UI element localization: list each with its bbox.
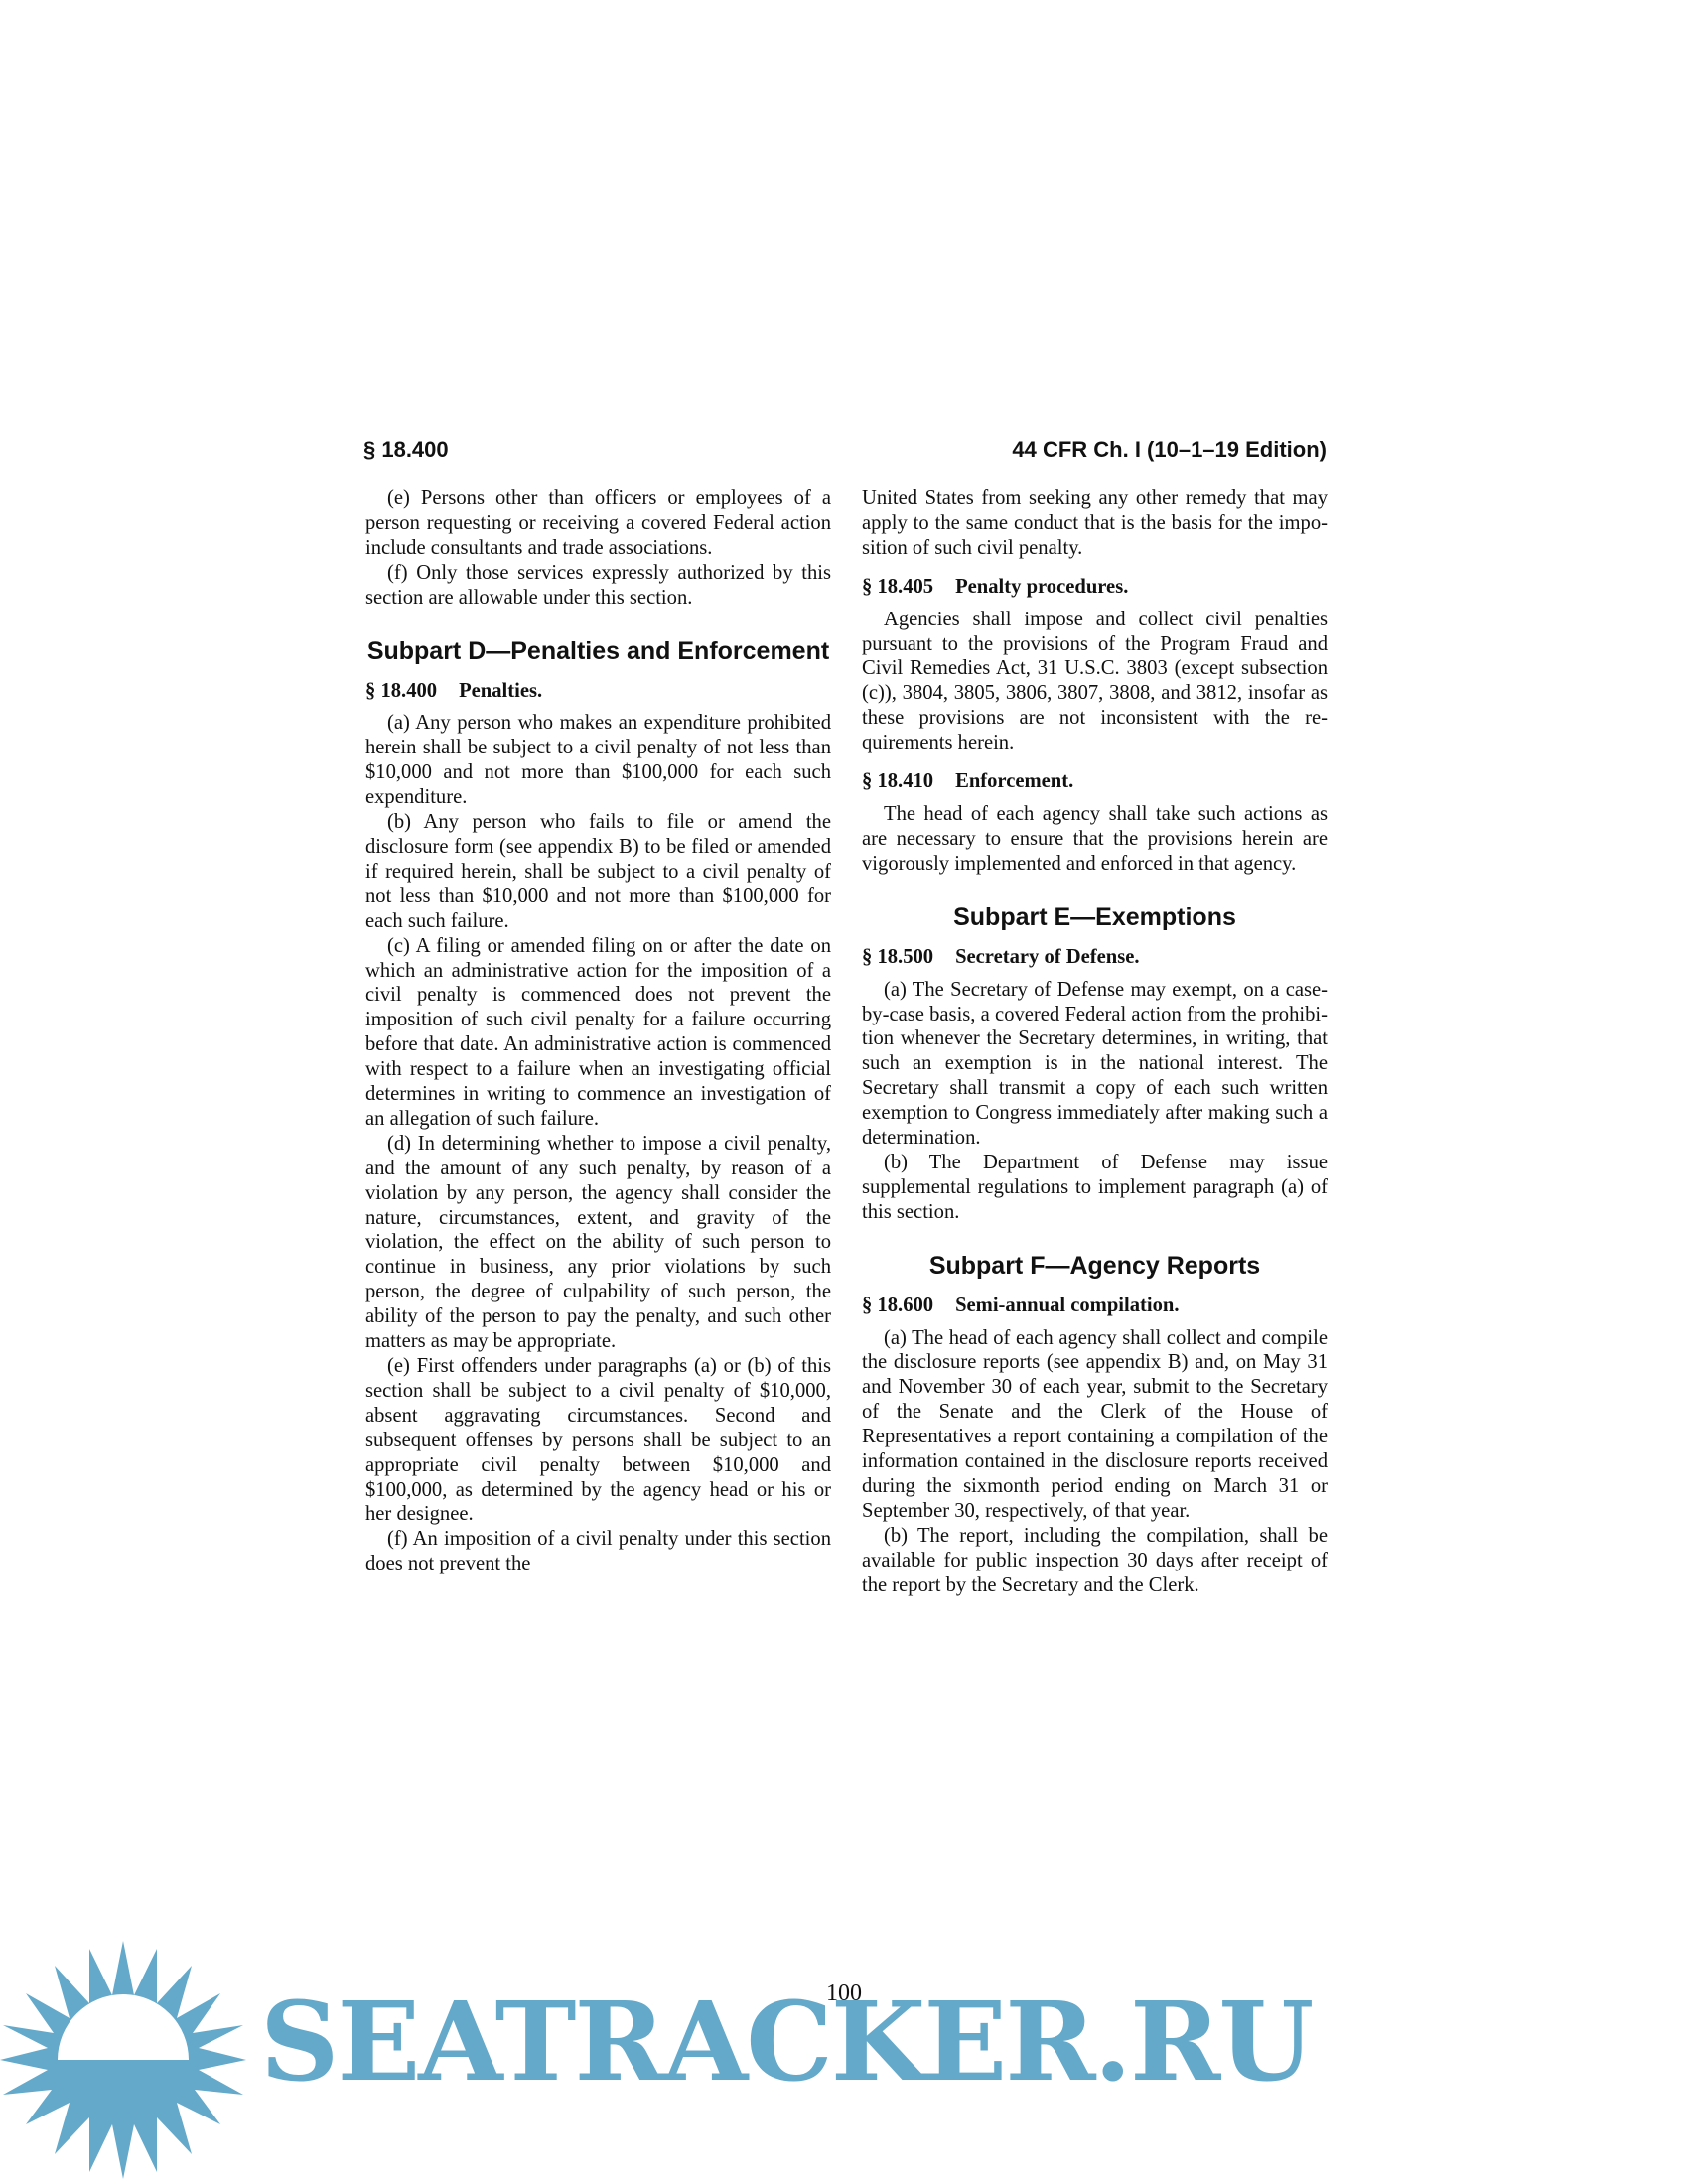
section-number: § 18.600 — [862, 1295, 933, 1316]
paragraph-18-400-a: (a) Any person who makes an expend­iture… — [365, 711, 831, 810]
section-title: Semi-annual compilation. — [955, 1295, 1179, 1316]
page-header: § 18.400 44 CFR Ch. I (10–1–19 Edition) — [363, 435, 1327, 465]
section-number: § 18.405 — [862, 576, 933, 598]
header-publication: 44 CFR Ch. I (10–1–19 Edition) — [1012, 437, 1327, 463]
paragraph-continuation: United States from seeking any other rem… — [862, 486, 1328, 561]
subpart-e-heading: Subpart E—Exemptions — [862, 904, 1328, 931]
paragraph-18-400-b: (b) Any person who fails to file or amen… — [365, 810, 831, 934]
section-number: § 18.400 — [365, 680, 437, 702]
paragraph-18-600-b: (b) The report, including the com­pilati… — [862, 1524, 1328, 1598]
section-number: § 18.500 — [862, 946, 933, 968]
section-18-500-heading: § 18.500Secretary of Defense. — [862, 945, 1328, 970]
paragraph-18-400-c: (c) A filing or amended filing on or aft… — [365, 934, 831, 1132]
paragraph-18-500-b: (b) The Department of Defense may issue … — [862, 1151, 1328, 1225]
paragraph-18-600-a: (a) The head of each agency shall col­le… — [862, 1326, 1328, 1524]
paragraph-e-prev: (e) Persons other than officers or em­pl… — [365, 486, 831, 561]
sun-icon — [0, 1941, 246, 2179]
right-column: United States from seeking any other rem… — [862, 486, 1328, 1598]
paragraph-18-410: The head of each agency shall take such … — [862, 802, 1328, 877]
section-title: Penalties. — [459, 680, 542, 702]
section-18-400-heading: § 18.400Penalties. — [365, 679, 831, 704]
section-18-405-heading: § 18.405Penalty procedures. — [862, 575, 1328, 600]
paragraph-18-400-f: (f) An imposition of a civil penalty und… — [365, 1527, 831, 1576]
paragraph-18-405: Agencies shall impose and collect civil … — [862, 608, 1328, 755]
section-title: Enforcement. — [955, 770, 1073, 792]
section-number: § 18.410 — [862, 770, 933, 792]
paragraph-18-400-e: (e) First offenders under paragraphs (a)… — [365, 1354, 831, 1527]
section-18-600-heading: § 18.600Semi-annual compilation. — [862, 1294, 1328, 1318]
paragraph-18-500-a: (a) The Secretary of Defense may ex­empt… — [862, 978, 1328, 1151]
subpart-d-heading: Subpart D—Penalties and Enforcement — [365, 638, 831, 665]
paragraph-f-prev: (f) Only those services expressly au­tho… — [365, 561, 831, 611]
page-number: 100 — [0, 1980, 1688, 2007]
section-18-410-heading: § 18.410Enforcement. — [862, 769, 1328, 794]
paragraph-18-400-d: (d) In determining whether to impose a c… — [365, 1132, 831, 1354]
left-column: (e) Persons other than officers or em­pl… — [365, 486, 831, 1576]
header-section-ref: § 18.400 — [363, 437, 449, 463]
section-title: Penalty procedures. — [955, 576, 1128, 598]
subpart-f-heading: Subpart F—Agency Reports — [862, 1253, 1328, 1280]
section-title: Secretary of Defense. — [955, 946, 1139, 968]
